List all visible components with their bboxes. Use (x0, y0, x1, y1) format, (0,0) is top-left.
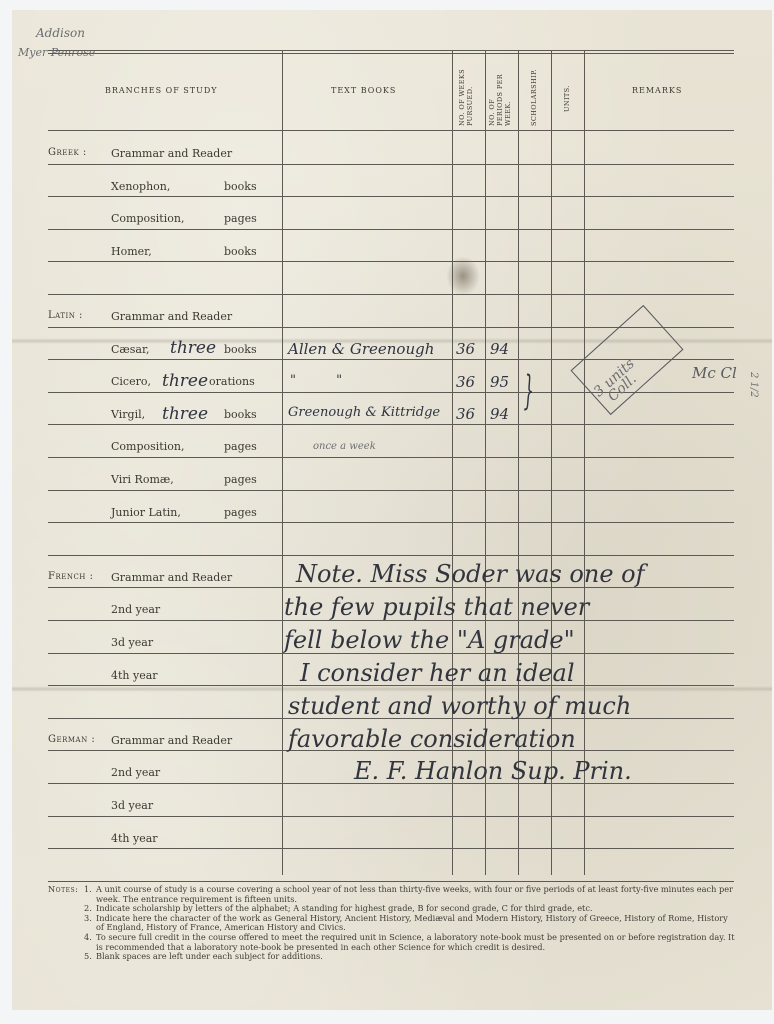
subject-label: 4th year (111, 832, 158, 845)
latin-caesar-grade: 94 (490, 340, 509, 358)
row-rule (48, 555, 734, 556)
latin-composition-note: once a week (313, 441, 376, 452)
subject-label: Grammar and Reader (111, 734, 232, 747)
subject-label: Virgil, (111, 408, 145, 421)
section-category: French : (48, 571, 93, 582)
margin-fraction: 2 1/2 (748, 372, 759, 398)
subject-label: Homer, (111, 245, 152, 258)
note-item: 1.A unit course of study is a course cov… (96, 885, 738, 904)
latin-caesar-amount: three (170, 338, 216, 358)
unit-label: books (224, 408, 257, 421)
subject-label: Junior Latin, (111, 506, 181, 519)
note-signature: E. F. Hanlon Sup. Prin. (354, 757, 632, 785)
subject-label: Composition, (111, 440, 184, 453)
note-item: 5.Blank spaces are left under each subje… (96, 952, 738, 962)
section-category: Greek : (48, 147, 87, 158)
unit-label: pages (224, 440, 257, 453)
row-rule (48, 522, 734, 523)
latin-virgil-grade: 94 (490, 405, 509, 423)
header-scholarship: SCHOLARSHIP. (530, 69, 538, 126)
header-bottom-border (48, 130, 734, 131)
notes-list: 1.A unit course of study is a course cov… (48, 885, 738, 962)
subject-label: 2nd year (111, 603, 160, 616)
margin-annotation: Addison (36, 26, 85, 40)
header-units: UNITS. (563, 85, 571, 112)
section-category: German : (48, 734, 95, 745)
unit-label: pages (224, 473, 257, 486)
header-text-books: TEXT BOOKS (331, 86, 396, 95)
row-rule (48, 816, 734, 817)
subject-label: 4th year (111, 669, 158, 682)
row-rule (48, 196, 734, 197)
latin-virgil-amount: three (162, 404, 208, 424)
note-line: favorable consideration (288, 725, 576, 753)
note-number: 5. (84, 952, 92, 962)
subject-label: 2nd year (111, 766, 160, 779)
note-text: Indicate scholarship by letters of the a… (96, 903, 593, 913)
latin-cicero-textbook: " " (290, 373, 360, 388)
latin-virgil-weeks: 36 (456, 405, 475, 423)
note-number: 4. (84, 933, 92, 943)
note-item: 4.To secure full credit in the course of… (96, 933, 738, 952)
unit-label: books (224, 180, 257, 193)
latin-caesar-weeks: 36 (456, 340, 475, 358)
header-remarks: REMARKS (632, 86, 682, 95)
subject-label: Cicero, (111, 375, 151, 388)
latin-cicero-weeks: 36 (456, 373, 475, 391)
remarks-initials: Mc Cl (692, 364, 737, 382)
row-rule (48, 424, 734, 425)
latin-cicero-amount: three (162, 371, 208, 391)
notes-label: Notes: (48, 885, 78, 895)
table-top-border (48, 53, 734, 54)
table-top-border (48, 50, 734, 51)
subject-label: Cæsar, (111, 343, 150, 356)
row-rule (48, 881, 734, 882)
subject-label: Grammar and Reader (111, 147, 232, 160)
ink-smudge (446, 256, 480, 296)
row-rule (48, 164, 734, 165)
note-text: To secure full credit in the course offe… (96, 932, 735, 952)
row-rule (48, 490, 734, 491)
note-line: the few pupils that never (284, 593, 589, 621)
note-text: A unit course of study is a course cover… (96, 884, 733, 904)
note-item: 3.Indicate here the character of the wor… (96, 914, 738, 933)
note-text: Indicate here the character of the work … (96, 913, 728, 933)
footer-notes: Notes: 1.A unit course of study is a cou… (48, 885, 738, 962)
subject-label: 3d year (111, 799, 153, 812)
unit-label: pages (224, 212, 257, 225)
header-periods-per-week: NO. OFPERIODS PERWEEK. (488, 74, 512, 126)
unit-label: books (224, 245, 257, 258)
grouping-brace: } (524, 368, 534, 414)
note-number: 1. (84, 885, 92, 895)
unit-label: orations (209, 375, 255, 388)
row-rule (48, 294, 734, 295)
note-line: fell below the "A grade" (284, 626, 575, 654)
subject-label: Xenophon, (111, 180, 170, 193)
note-number: 3. (84, 914, 92, 924)
subject-label: Grammar and Reader (111, 310, 232, 323)
subject-label: Composition, (111, 212, 184, 225)
note-line: I consider her an ideal (300, 659, 575, 687)
subject-label: Grammar and Reader (111, 571, 232, 584)
subject-label: Viri Romæ, (111, 473, 174, 486)
row-rule (48, 261, 734, 262)
subject-label: 3d year (111, 636, 153, 649)
latin-cicero-grade: 95 (490, 373, 509, 391)
note-line: Note. Miss Soder was one of (296, 560, 645, 588)
note-text: Blank spaces are left under each subject… (96, 951, 323, 961)
unit-label: books (224, 343, 257, 356)
unit-label: pages (224, 506, 257, 519)
section-category: Latin : (48, 310, 83, 321)
row-rule (48, 457, 734, 458)
row-rule (48, 848, 734, 849)
row-rule (48, 229, 734, 230)
note-line: student and worthy of much (288, 692, 631, 720)
latin-virgil-textbook: Greenough & Kittridge (288, 405, 440, 420)
latin-caesar-textbook: Allen & Greenough (288, 340, 434, 358)
header-branches-of-study: BRANCHES OF STUDY (105, 86, 218, 95)
header-weeks-pursued: NO. OF WEEKSPURSUED. (458, 69, 474, 126)
